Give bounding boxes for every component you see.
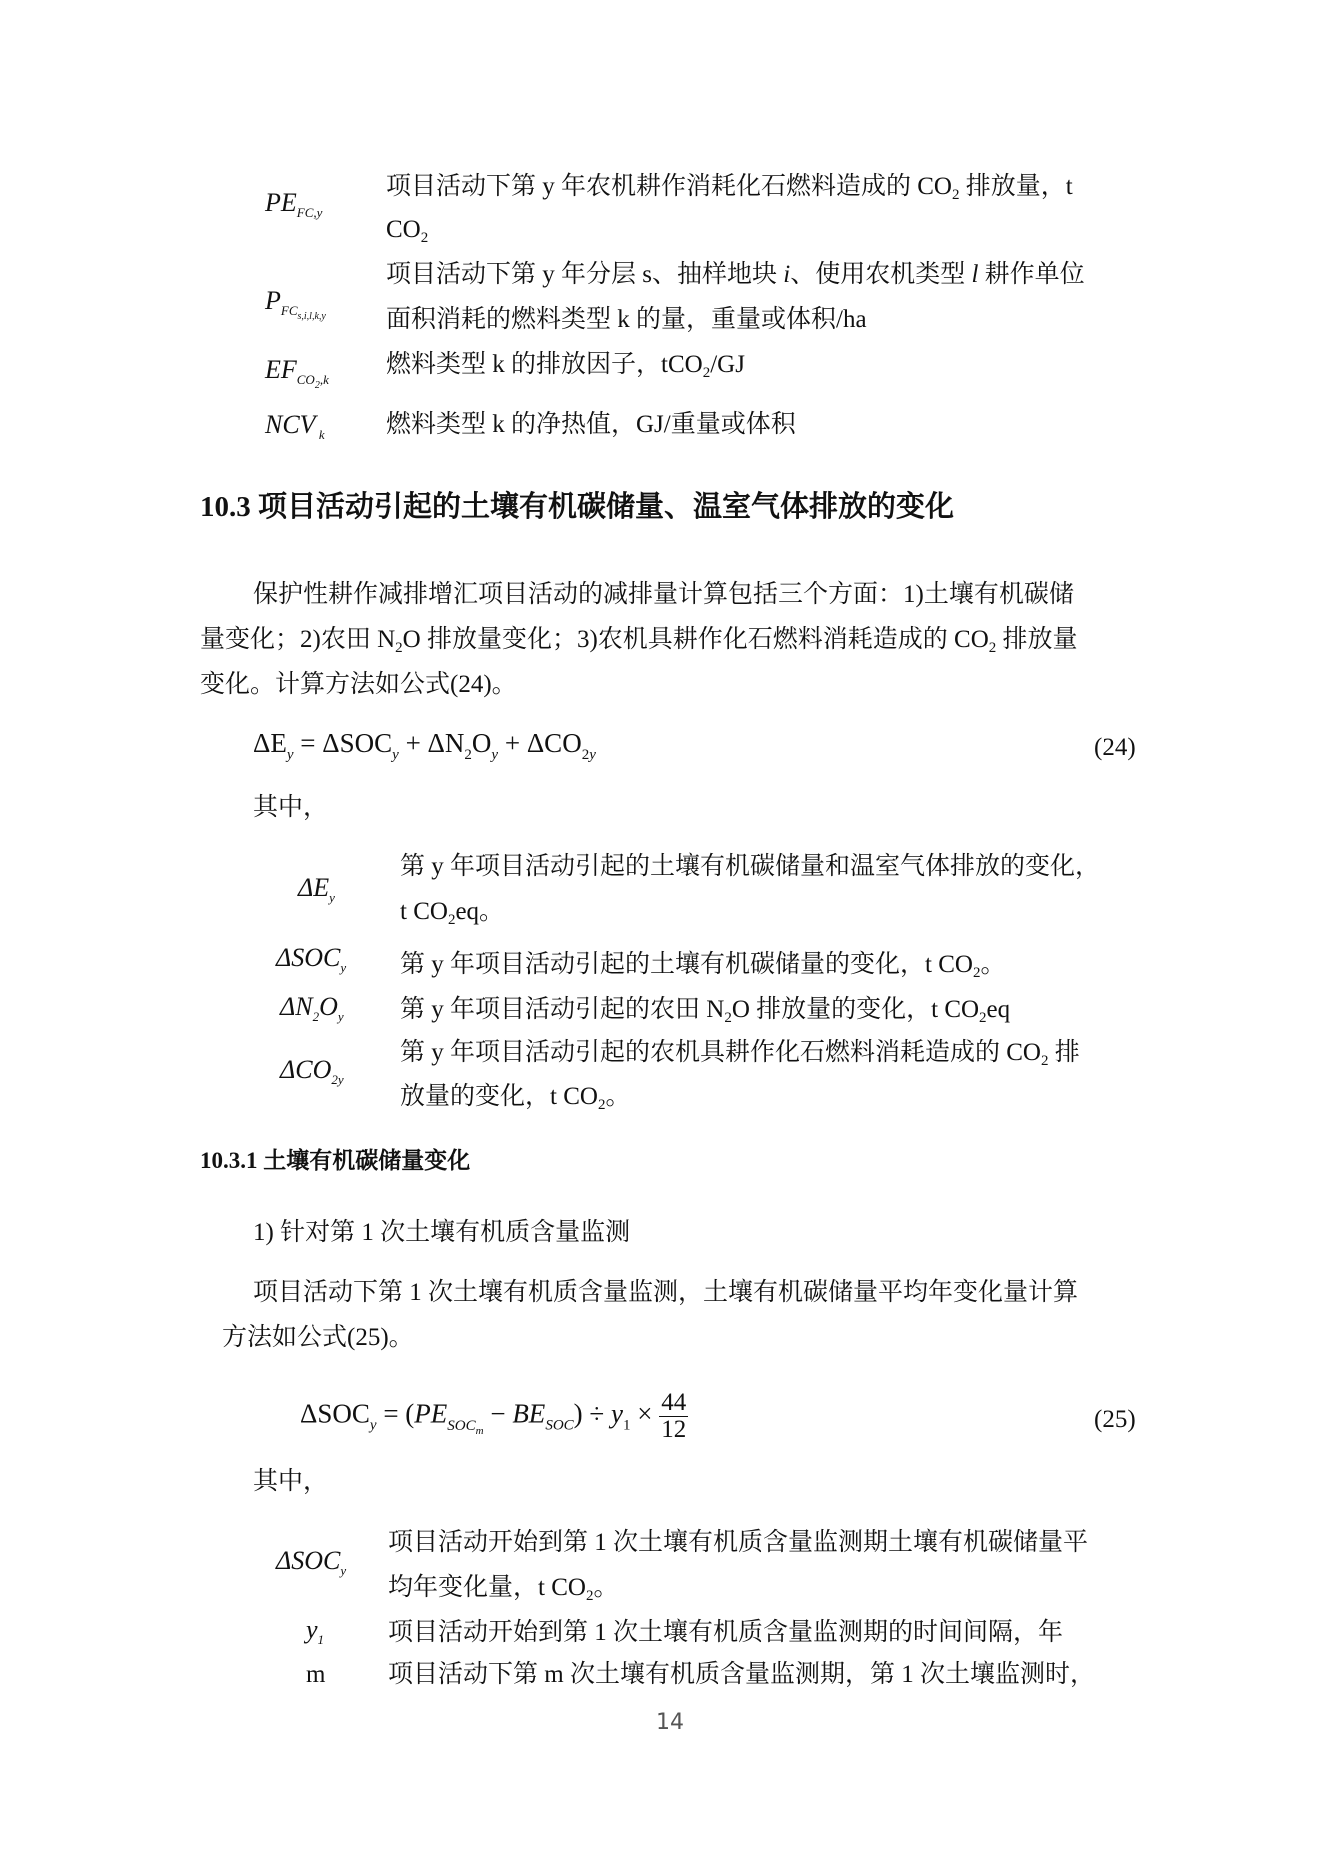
definition-text: 燃料类型 k 的净热值，GJ/重量或体积 (386, 410, 796, 440)
symbol-delta-n2o-y: ΔN2Oy (280, 992, 344, 1032)
equation-25: ΔSOCy = (PESOCm − BESOC) ÷ y1 × 44 12 (300, 1390, 688, 1447)
definition-text: 项目活动开始到第 1 次土壤有机质含量监测期的时间间隔，年 (388, 1618, 1063, 1648)
symbol-delta-co2-y: ΔCO2y (280, 1055, 344, 1095)
symbol-p-fc: PFCs,i,l,k,y (265, 286, 326, 332)
definition-text: 第 y 年项目活动引起的农田 N2O 排放量的变化，t CO2eq (400, 995, 1010, 1033)
fraction-44-12: 44 12 (659, 1390, 688, 1443)
definition-text: 面积消耗的燃料类型 k 的量，重量或体积/ha (386, 305, 867, 335)
equation-number: (25) (1094, 1405, 1136, 1435)
definition-text: 项目活动开始到第 1 次土壤有机质含量监测期土壤有机碳储量平 (388, 1528, 1088, 1558)
symbol-delta-soc-y: ΔSOCy (276, 1546, 346, 1586)
where-label: 其中， (253, 1467, 328, 1497)
definition-text: 放量的变化，t CO2。 (400, 1082, 630, 1120)
equation-24: ΔEy = ΔSOCy + ΔN2Oy + ΔCO2y (253, 727, 596, 771)
symbol-ncv-k: NCV k (265, 410, 325, 450)
list-item: 1) 针对第 1 次土壤有机质含量监测 (253, 1218, 630, 1248)
symbol-delta-e-y: ΔEy (298, 873, 335, 913)
definition-text: 燃料类型 k 的排放因子，tCO2/GJ (386, 350, 745, 388)
definition-text: 第 y 年项目活动引起的土壤有机碳储量的变化，t CO2。 (400, 950, 1005, 988)
symbol-ef-co2-k: EFCO2,k (265, 355, 329, 401)
definition-text: 第 y 年项目活动引起的农机具耕作化石燃料消耗造成的 CO2 排 (400, 1038, 1080, 1076)
page-number: 14 (656, 1710, 684, 1735)
where-label: 其中， (253, 793, 328, 823)
definition-text: CO2 (386, 215, 428, 253)
symbol-pe-fc-y: PEFC,y (265, 188, 322, 228)
definition-text: t CO2eq。 (400, 897, 504, 935)
paragraph-line: 项目活动下第 1 次土壤有机质含量监测，土壤有机碳储量平均年变化量计算 (253, 1278, 1078, 1308)
definition-text: 均年变化量，t CO2。 (388, 1573, 618, 1611)
symbol-m: m (306, 1660, 325, 1690)
definition-text: 第 y 年项目活动引起的土壤有机碳储量和温室气体排放的变化， (400, 852, 1100, 882)
symbol-delta-soc-y: ΔSOCy (276, 943, 346, 983)
paragraph-line: 变化。计算方法如公式(24)。 (200, 670, 517, 700)
paragraph-line: 方法如公式(25)。 (222, 1323, 414, 1353)
symbol-y1: y1 (306, 1615, 324, 1655)
definition-text: 项目活动下第 y 年农机耕作消耗化石燃料造成的 CO2 排放量，t (386, 172, 1073, 210)
section-heading-10-3-1: 10.3.1 土壤有机碳储量变化 (200, 1147, 470, 1175)
paragraph-line: 保护性耕作减排增汇项目活动的减排量计算包括三个方面：1)土壤有机碳储 (253, 580, 1074, 610)
definition-text: 项目活动下第 m 次土壤有机质含量监测期，第 1 次土壤监测时， (388, 1660, 1095, 1690)
paragraph-line: 量变化；2)农田 N2O 排放量变化；3)农机具耕作化石燃料消耗造成的 CO2 … (200, 625, 1078, 663)
definition-text: 项目活动下第 y 年分层 s、抽样地块 i、使用农机类型 l 耕作单位 (386, 260, 1085, 290)
section-heading-10-3: 10.3 项目活动引起的土壤有机碳储量、温室气体排放的变化 (200, 490, 954, 524)
equation-number: (24) (1094, 733, 1136, 763)
